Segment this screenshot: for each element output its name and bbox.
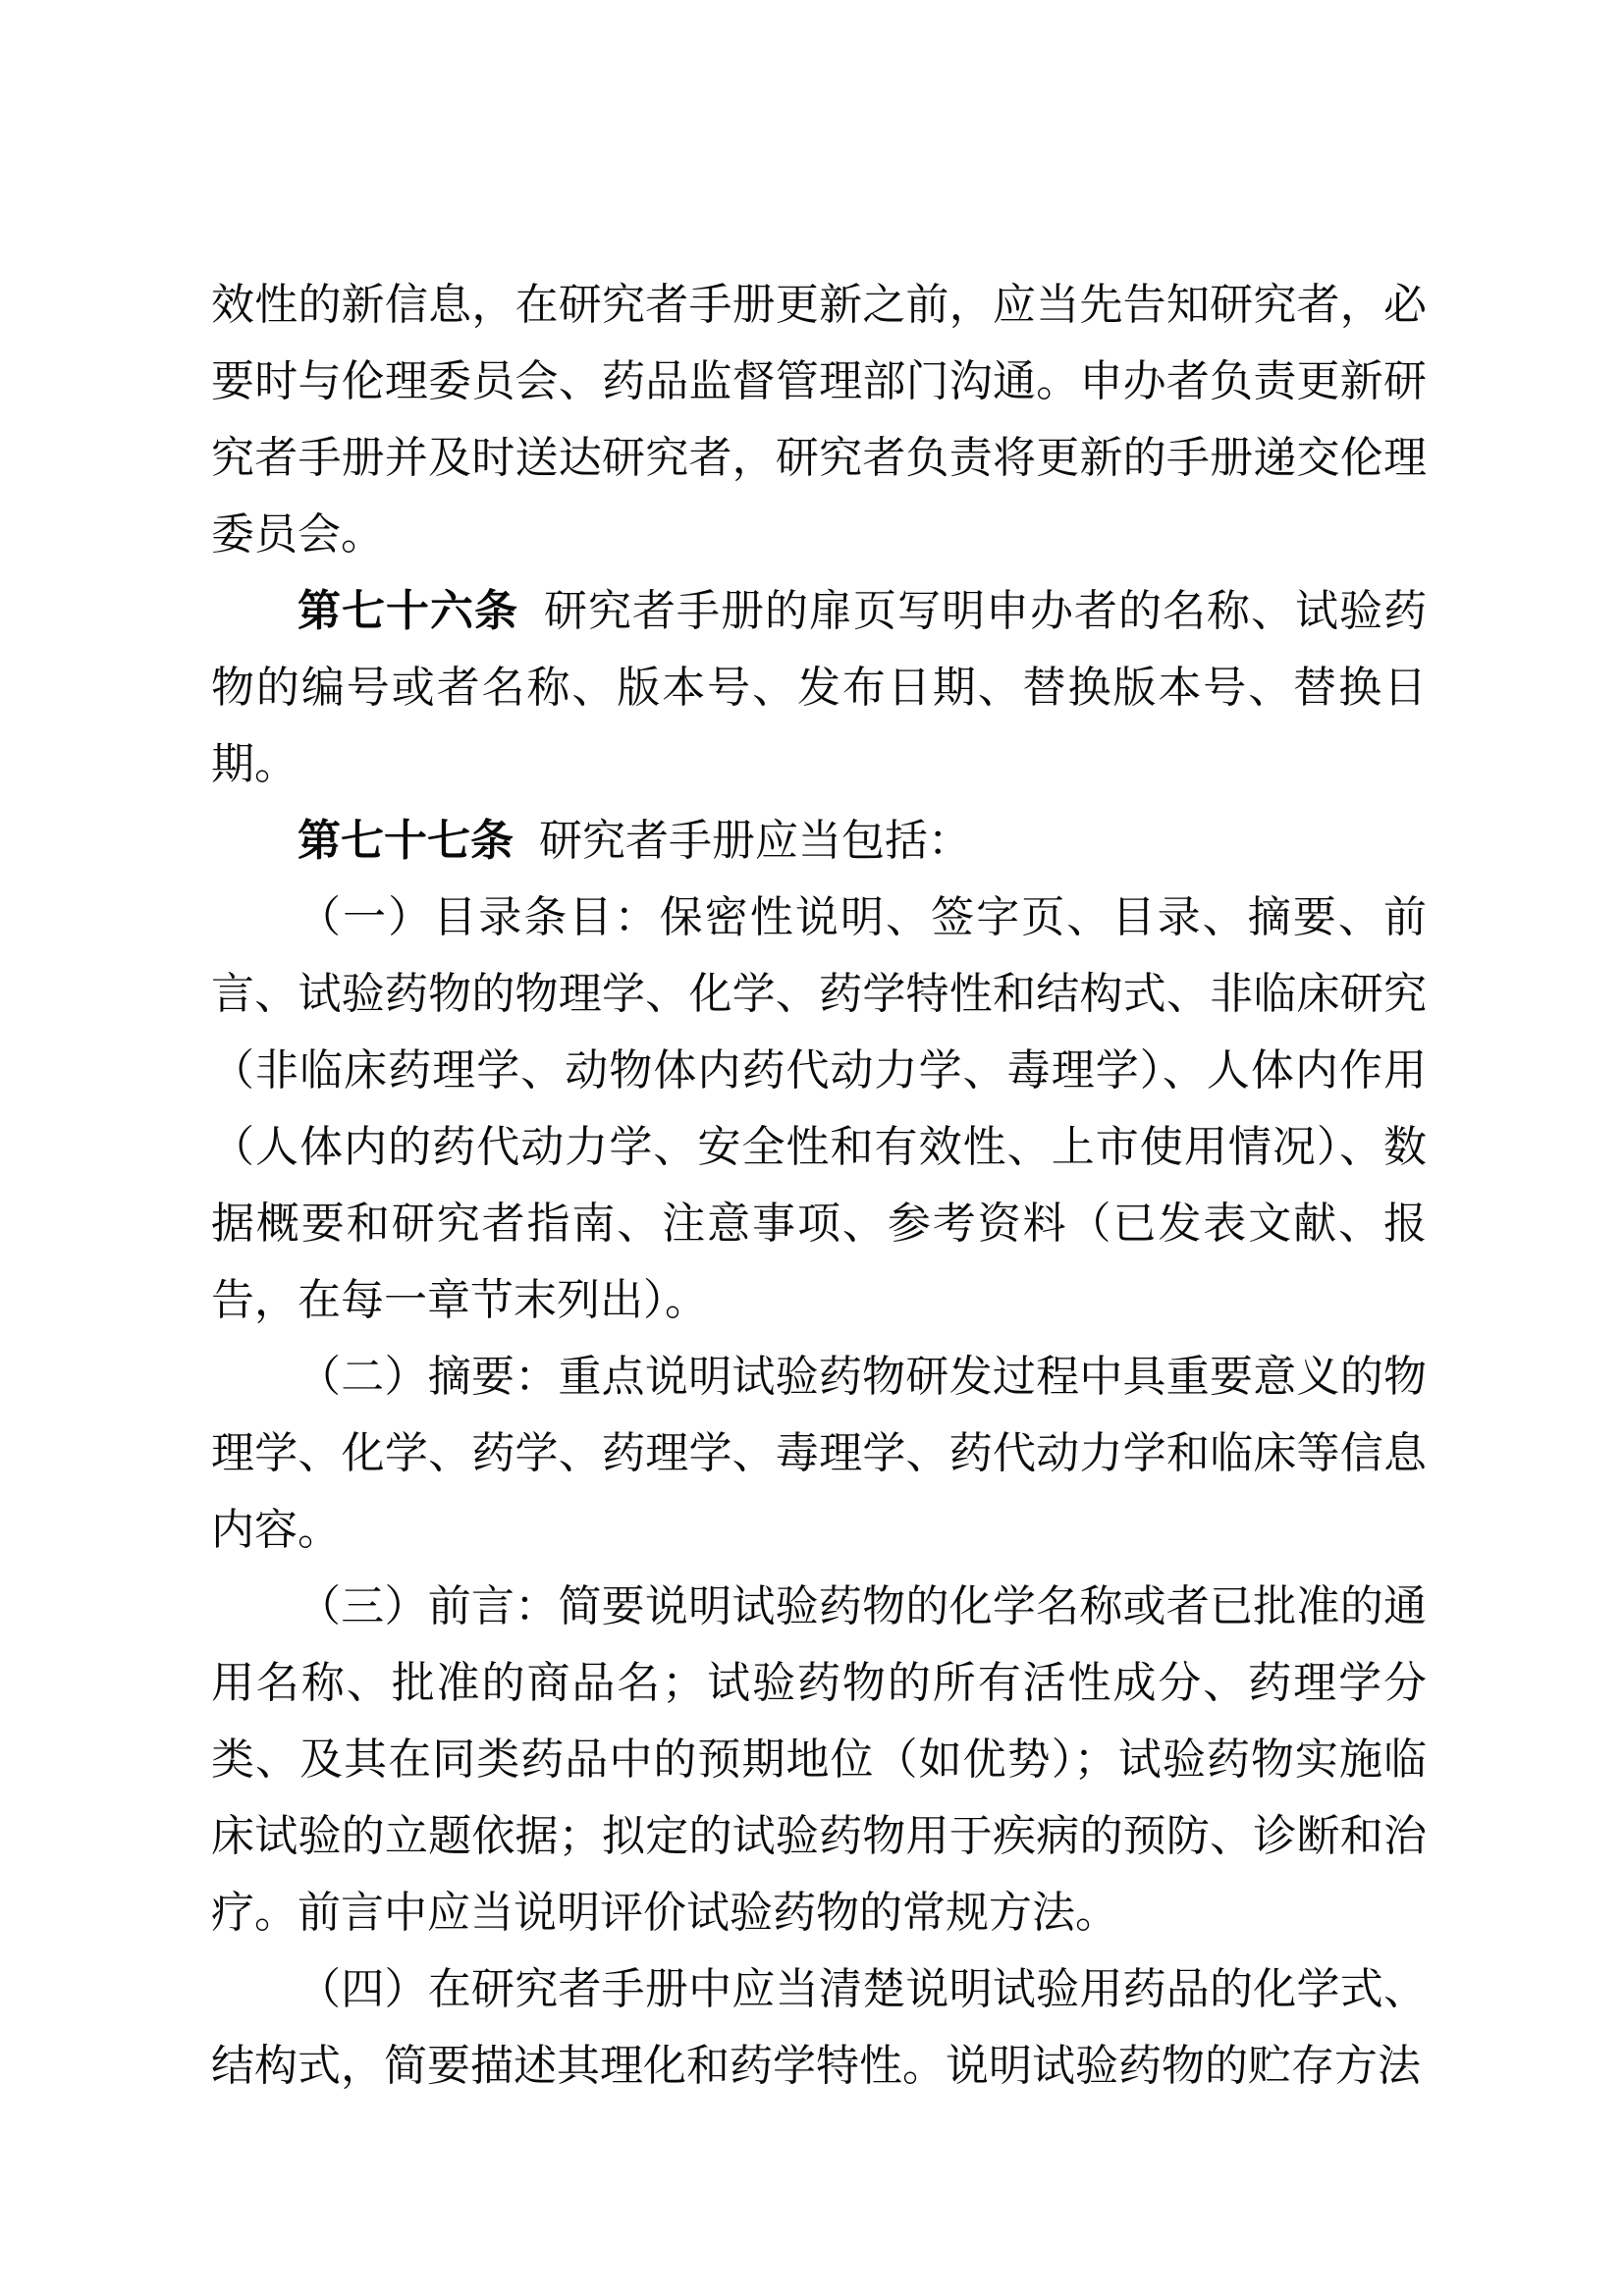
paragraph: （三）前言：简要说明试验药物的化学名称或者已批准的通用名称、批准的商品名；试验药… [211, 1569, 1427, 1951]
paragraph-text: （二）摘要：重点说明试验药物研发过程中具重要意义的物理学、化学、药学、药理学、毒… [211, 1353, 1427, 1554]
paragraph: （一）目录条目：保密性说明、签字页、目录、摘要、前言、试验药物的物理学、化学、药… [211, 880, 1427, 1339]
document-page: 效性的新信息，在研究者手册更新之前，应当先告知研究者，必要时与伦理委员会、药品监… [0, 0, 1624, 2296]
paragraph: （二）摘要：重点说明试验药物研发过程中具重要意义的物理学、化学、药学、药理学、毒… [211, 1339, 1427, 1569]
document-body: 效性的新信息，在研究者手册更新之前，应当先告知研究者，必要时与伦理委员会、药品监… [211, 267, 1427, 2105]
paragraph-text: 效性的新信息，在研究者手册更新之前，应当先告知研究者，必要时与伦理委员会、药品监… [211, 281, 1427, 559]
paragraph: 效性的新信息，在研究者手册更新之前，应当先告知研究者，必要时与伦理委员会、药品监… [211, 267, 1427, 573]
paragraph-text: （三）前言：简要说明试验药物的化学名称或者已批准的通用名称、批准的商品名；试验药… [211, 1582, 1427, 1937]
paragraph-text: 研究者手册应当包括： [539, 817, 971, 865]
paragraph: 第七十六条研究者手册的扉页写明申办者的名称、试验药物的编号或者名称、版本号、发布… [211, 573, 1427, 803]
paragraph-text: （四）在研究者手册中应当清楚说明试验用药品的化学式、结构式，简要描述其理化和药学… [211, 1965, 1427, 2090]
article-number: 第七十七条 [298, 817, 514, 865]
paragraph: 第七十七条研究者手册应当包括： [211, 803, 1427, 880]
paragraph: （四）在研究者手册中应当清楚说明试验用药品的化学式、结构式，简要描述其理化和药学… [211, 1951, 1427, 2105]
article-number: 第七十六条 [298, 587, 518, 635]
paragraph-text: （一）目录条目：保密性说明、签字页、目录、摘要、前言、试验药物的物理学、化学、药… [211, 893, 1427, 1324]
